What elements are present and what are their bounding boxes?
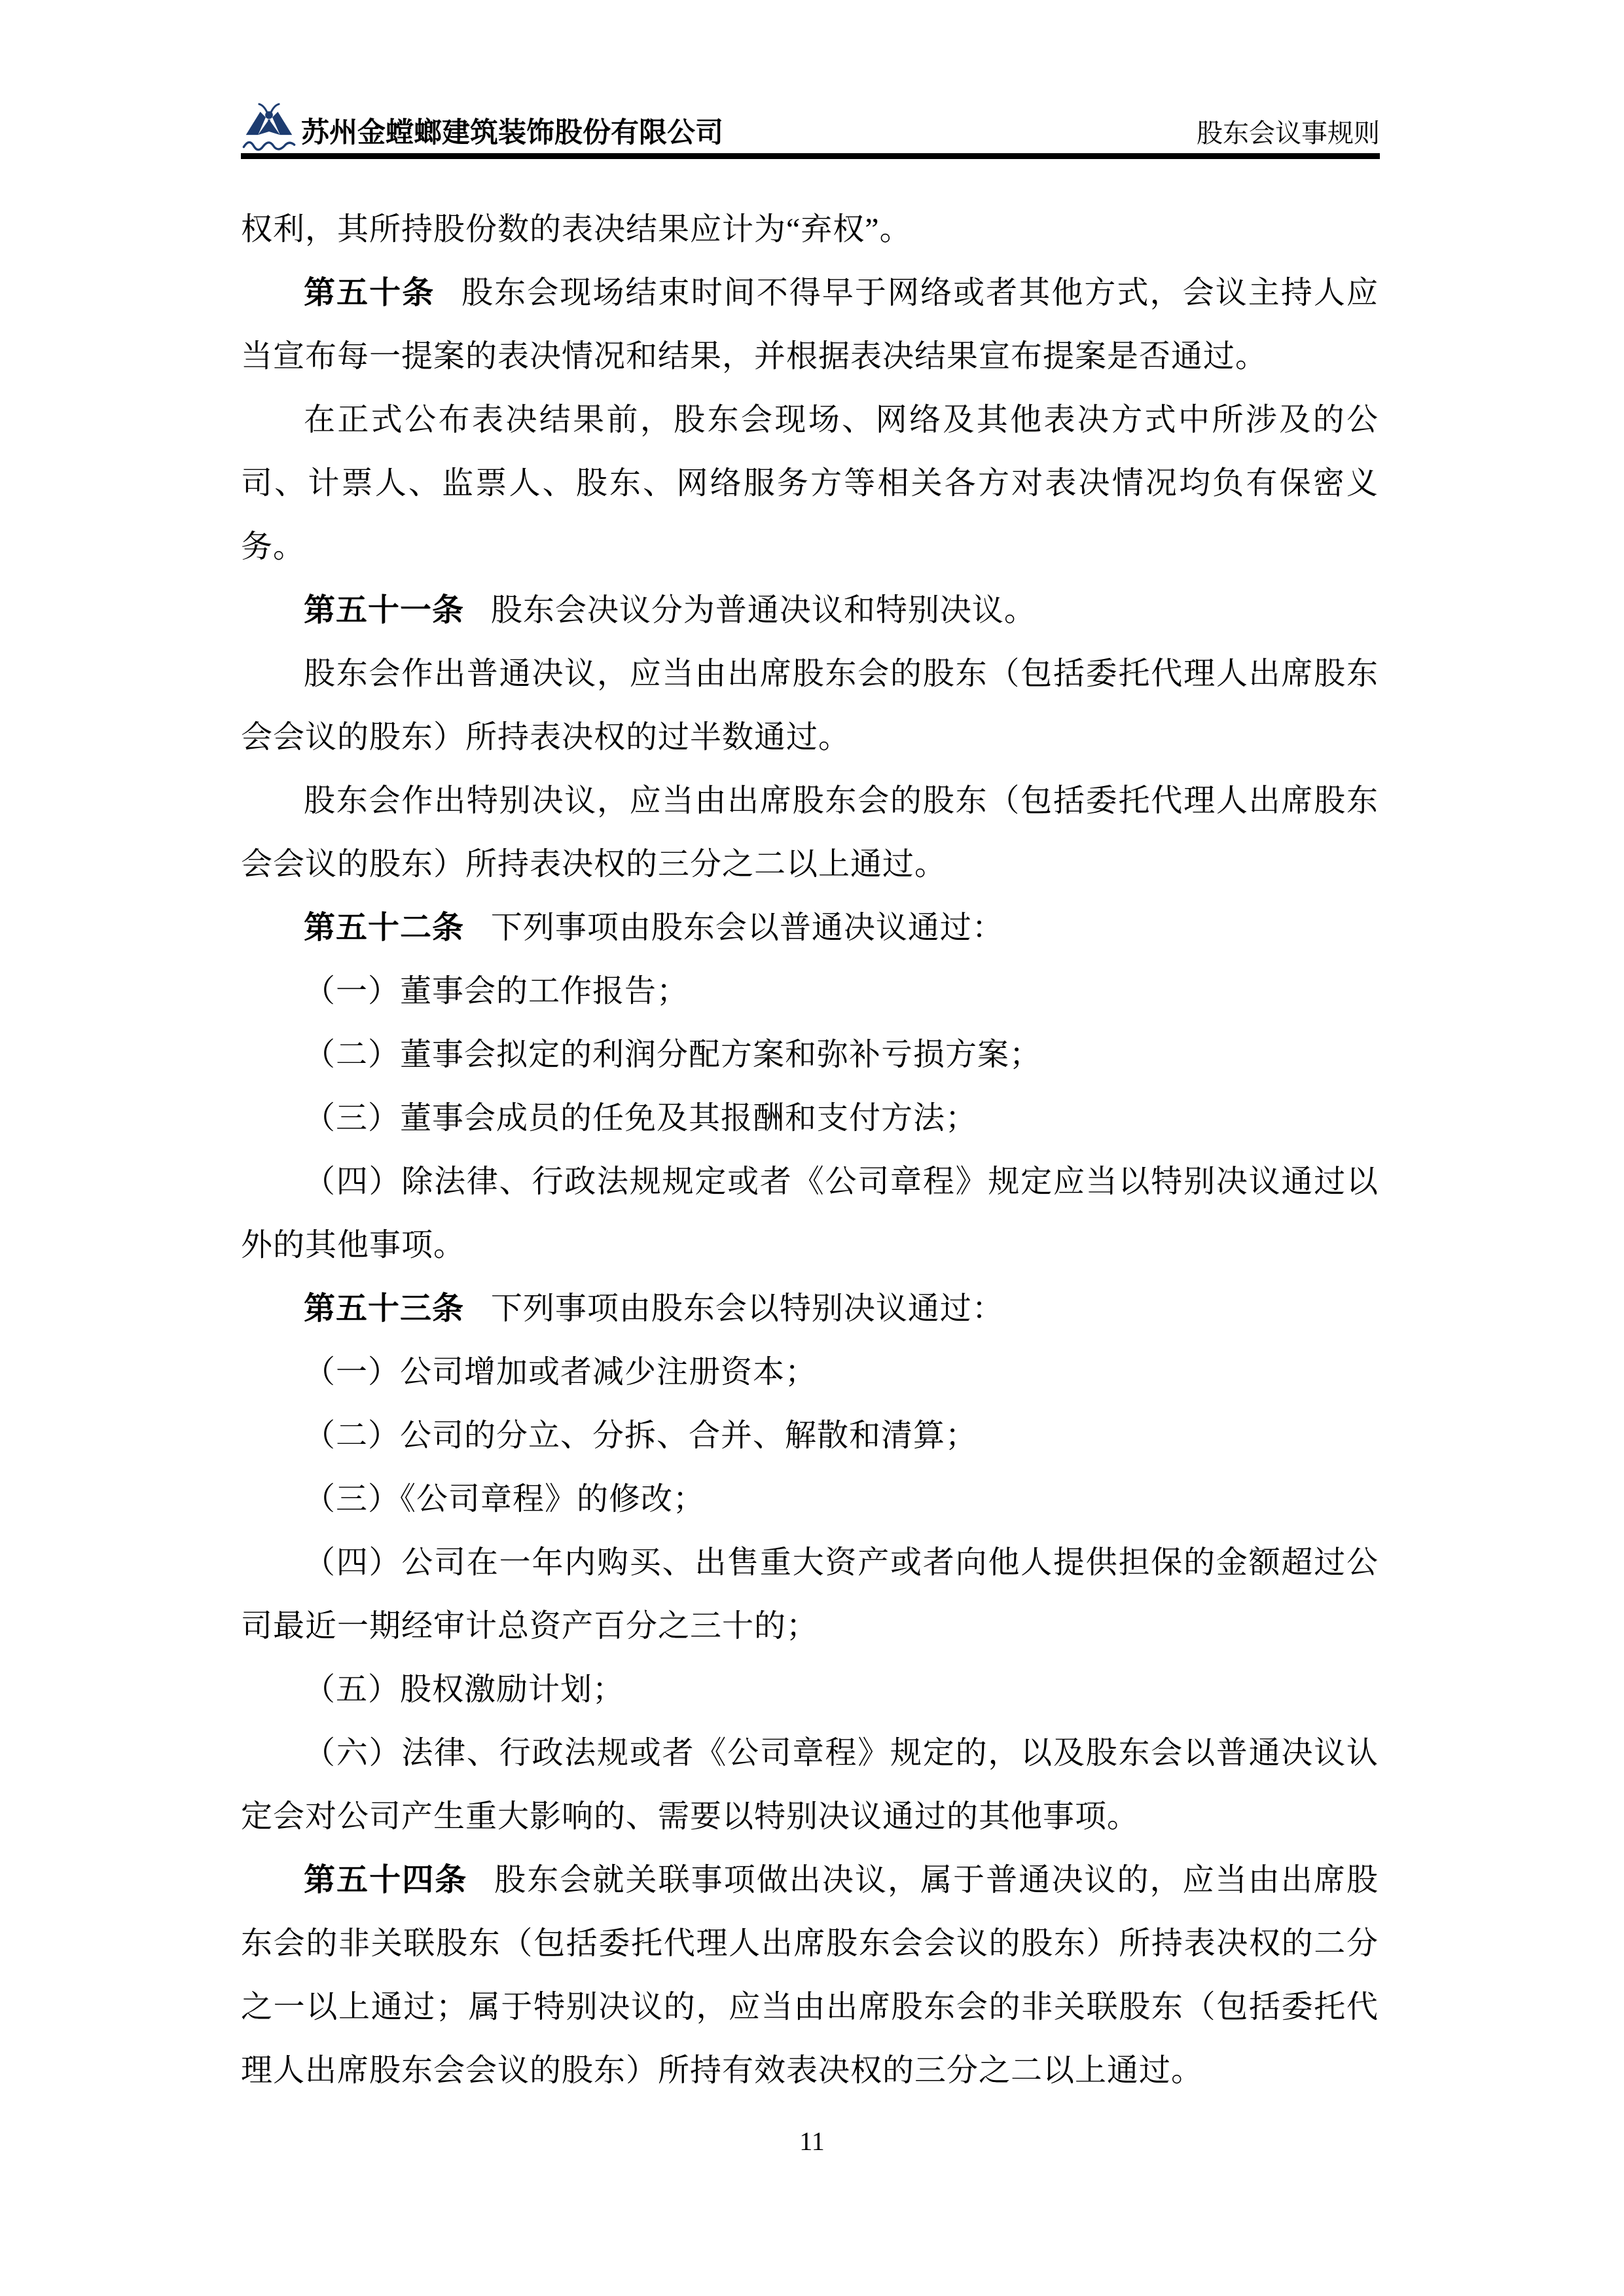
paragraph-text: 股东会决议分为普通决议和特别决议。 <box>491 593 1036 628</box>
paragraph-text: （一）公司增加或者减少注册资本； <box>304 1355 817 1390</box>
body-paragraph: 权利，其所持股份数的表决结果应计为“弃权”。 <box>241 198 1379 261</box>
article-paragraph: 第五十三条下列事项由股东会以特别决议通过： <box>241 1277 1379 1340</box>
article-paragraph: 第五十二条下列事项由股东会以普通决议通过： <box>241 896 1379 960</box>
paragraph-text: 股东会作出普通决议，应当由出席股东会的股东（包括委托代理人出席股东会会议的股东）… <box>241 656 1379 755</box>
body-paragraph: （一）董事会的工作报告； <box>241 960 1379 1023</box>
body-paragraph: 股东会作出特别决议，应当由出席股东会的股东（包括委托代理人出席股东会会议的股东）… <box>241 769 1379 896</box>
article-paragraph: 第五十条股东会现场结束时间不得早于网络或者其他方式，会议主持人应当宣布每一提案的… <box>241 261 1379 388</box>
body-paragraph: （三）《公司章程》的修改； <box>241 1467 1379 1531</box>
body-paragraph: 股东会作出普通决议，应当由出席股东会的股东（包括委托代理人出席股东会会议的股东）… <box>241 642 1379 769</box>
body-paragraph: 在正式公布表决结果前，股东会现场、网络及其他表决方式中所涉及的公司、计票人、监票… <box>241 388 1379 579</box>
body-paragraph: （六）法律、行政法规或者《公司章程》规定的，以及股东会以普通决议认定会对公司产生… <box>241 1721 1379 1848</box>
article-number: 第五十三条 <box>304 1291 464 1326</box>
header-company-block: 苏州金螳螂建筑装饰股份有限公司 <box>241 101 723 156</box>
paragraph-text: （一）董事会的工作报告； <box>304 974 689 1009</box>
page-number: 11 <box>0 2126 1624 2157</box>
body-paragraph: （四）公司在一年内购买、出售重大资产或者向他人提供担保的金额超过公司最近一期经审… <box>241 1531 1379 1658</box>
page-header: 苏州金螳螂建筑装饰股份有限公司 股东会议事规则 <box>241 98 1380 156</box>
article-paragraph: 第五十一条股东会决议分为普通决议和特别决议。 <box>241 579 1379 642</box>
paragraph-text: （四）公司在一年内购买、出售重大资产或者向他人提供担保的金额超过公司最近一期经审… <box>241 1545 1379 1643</box>
article-number: 第五十条 <box>304 276 435 310</box>
body-paragraph: （三）董事会成员的任免及其报酬和支付方法； <box>241 1086 1379 1150</box>
document-body: 权利，其所持股份数的表决结果应计为“弃权”。第五十条股东会现场结束时间不得早于网… <box>241 198 1379 2102</box>
paragraph-text: （三）《公司章程》的修改； <box>304 1482 705 1516</box>
paragraph-text: 股东会作出特别决议，应当由出席股东会的股东（包括委托代理人出席股东会会议的股东）… <box>241 783 1379 882</box>
paragraph-text: （二）董事会拟定的利润分配方案和弥补亏损方案； <box>304 1037 1041 1072</box>
paragraph-text: 下列事项由股东会以特别决议通过： <box>491 1291 1004 1326</box>
article-paragraph: 第五十四条股东会就关联事项做出决议，属于普通决议的，应当由出席股东会的非关联股东… <box>241 1848 1379 2102</box>
header-divider-rule <box>241 153 1380 159</box>
body-paragraph: （五）股权激励计划； <box>241 1658 1379 1721</box>
document-page: 苏州金螳螂建筑装饰股份有限公司 股东会议事规则 权利，其所持股份数的表决结果应计… <box>0 0 1624 2296</box>
paragraph-text: （六）法律、行政法规或者《公司章程》规定的，以及股东会以普通决议认定会对公司产生… <box>241 1736 1379 1834</box>
body-paragraph: （一）公司增加或者减少注册资本； <box>241 1340 1379 1404</box>
gold-mantis-logo-icon <box>241 101 297 156</box>
article-number: 第五十四条 <box>304 1863 467 1897</box>
body-paragraph: （二）公司的分立、分拆、合并、解散和清算； <box>241 1404 1379 1467</box>
paragraph-text: 权利，其所持股份数的表决结果应计为“弃权”。 <box>241 212 912 247</box>
article-number: 第五十二条 <box>304 910 464 945</box>
body-paragraph: （二）董事会拟定的利润分配方案和弥补亏损方案； <box>241 1023 1379 1086</box>
article-number: 第五十一条 <box>304 593 464 628</box>
paragraph-text: 在正式公布表决结果前，股东会现场、网络及其他表决方式中所涉及的公司、计票人、监票… <box>241 403 1379 564</box>
paragraph-text: （五）股权激励计划； <box>304 1672 624 1707</box>
paragraph-text: 下列事项由股东会以普通决议通过： <box>491 910 1004 945</box>
body-paragraph: （四）除法律、行政法规规定或者《公司章程》规定应当以特别决议通过以外的其他事项。 <box>241 1150 1379 1277</box>
paragraph-text: （三）董事会成员的任免及其报酬和支付方法； <box>304 1101 977 1136</box>
paragraph-text: （四）除法律、行政法规规定或者《公司章程》规定应当以特别决议通过以外的其他事项。 <box>241 1164 1379 1263</box>
company-name: 苏州金螳螂建筑装饰股份有限公司 <box>301 117 723 156</box>
document-title: 股东会议事规则 <box>1197 118 1380 156</box>
paragraph-text: （二）公司的分立、分拆、合并、解散和清算； <box>304 1418 977 1453</box>
